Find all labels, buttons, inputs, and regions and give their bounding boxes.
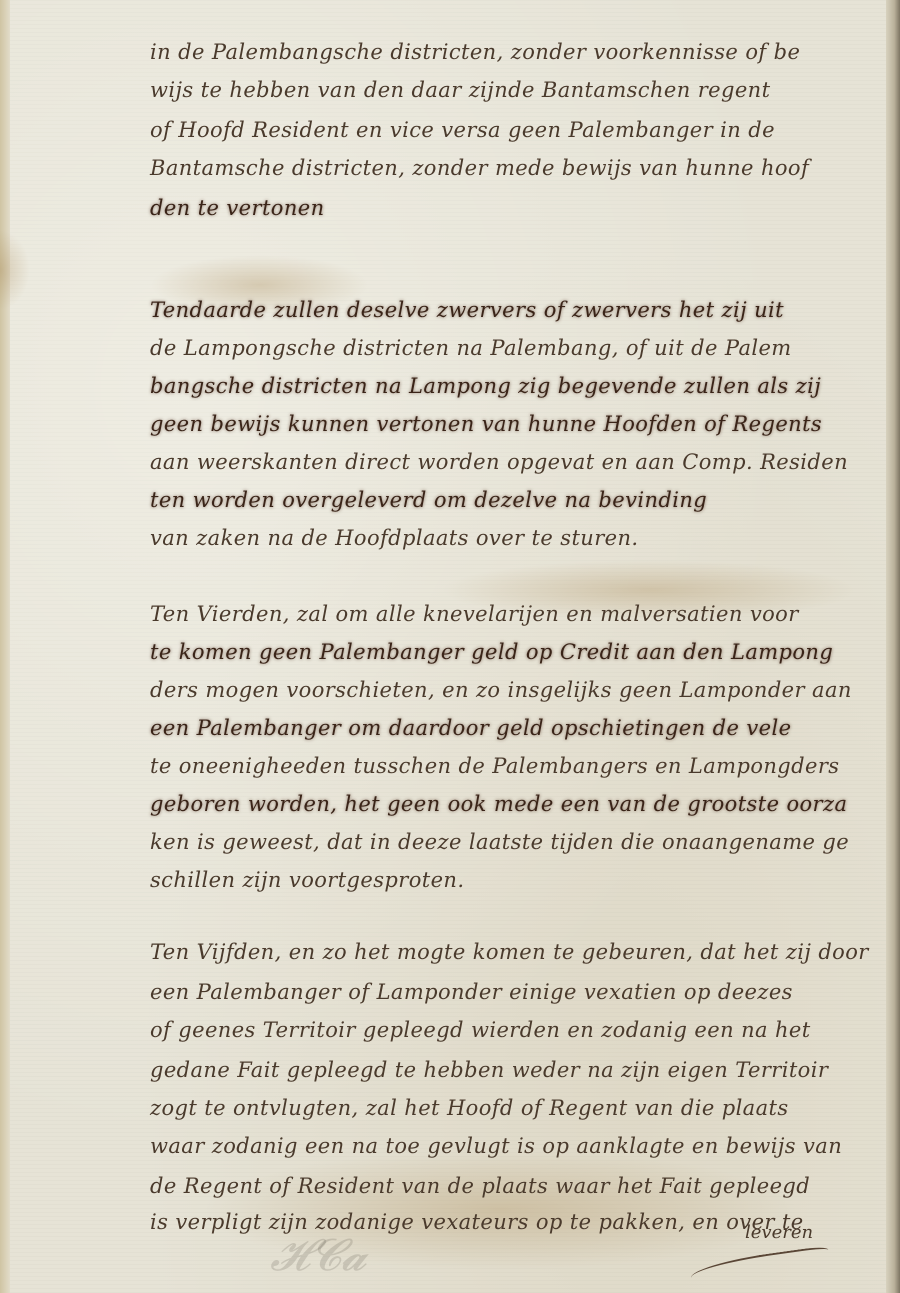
page-left-edge <box>0 0 10 1293</box>
text-line: waar zodanig een na toe gevlugt is op aa… <box>150 1134 842 1158</box>
text-line: de Lampongsche districten na Palembang, … <box>150 336 792 360</box>
text-line: Tendaarde zullen deselve zwervers of zwe… <box>150 298 784 322</box>
text-line: in de Palembangsche districten, zonder v… <box>150 40 800 64</box>
page-right-edge <box>886 0 900 1293</box>
text-line: wijs te hebben van den daar zijnde Banta… <box>150 78 770 102</box>
text-line: Bantamsche districten, zonder mede bewij… <box>150 156 809 180</box>
bleed-through-mark: 𝓗𝓒𝓪 <box>270 1230 367 1281</box>
text-line: een Palembanger of Lamponder einige vexa… <box>150 980 793 1004</box>
edge-stain <box>0 230 30 310</box>
text-line: Ten Vierden, zal om alle knevelarijen en… <box>150 602 799 626</box>
text-line: gedane Fait gepleegd te hebben weder na … <box>150 1058 828 1082</box>
text-line: of Hoofd Resident en vice versa geen Pal… <box>150 118 775 142</box>
text-line: te oneenigheeden tusschen de Palembanger… <box>150 754 839 778</box>
text-line: den te vertonen <box>150 196 325 220</box>
text-line: of geenes Territoir gepleegd wierden en … <box>150 1018 811 1042</box>
text-line: Ten Vijfden, en zo het mogte komen te ge… <box>150 940 869 964</box>
text-line: schillen zijn voortgesproten. <box>150 868 464 892</box>
text-line: bangsche districten na Lampong zig begev… <box>150 374 821 398</box>
text-line: geboren worden, het geen ook mede een va… <box>150 792 847 816</box>
manuscript-page: in de Palembangsche districten, zonder v… <box>0 0 900 1293</box>
text-line: is verpligt zijn zodanige vexateurs op t… <box>150 1210 804 1234</box>
text-line: aan weerskanten direct worden opgevat en… <box>150 450 848 474</box>
text-line: geen bewijs kunnen vertonen van hunne Ho… <box>150 412 822 436</box>
text-line: van zaken na de Hoofdplaats over te stur… <box>150 526 639 550</box>
text-line: ken is geweest, dat in deeze laatste tij… <box>150 830 849 854</box>
text-line: ders mogen voorschieten, en zo insgelijk… <box>150 678 852 702</box>
text-line: een Palembanger om daardoor geld opschie… <box>150 716 791 740</box>
text-line: te komen geen Palembanger geld op Credit… <box>150 640 833 664</box>
text-line: ten worden overgeleverd om dezelve na be… <box>150 488 707 512</box>
text-line: de Regent of Resident van de plaats waar… <box>150 1174 810 1198</box>
catchword: leveren <box>745 1222 813 1243</box>
text-line: zogt te ontvlugten, zal het Hoofd of Reg… <box>150 1096 789 1120</box>
